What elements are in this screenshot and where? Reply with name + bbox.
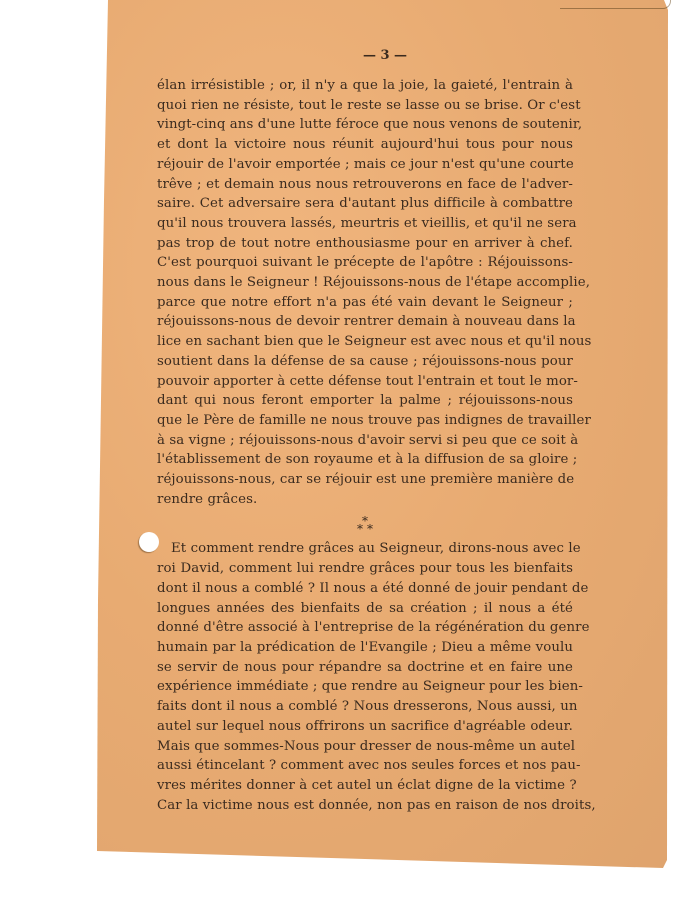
text-line: rendre grâces.	[157, 490, 573, 510]
text-line: l'établissement de son royaume et à la d…	[157, 450, 573, 470]
text-line: C'est pourquoi suivant le précepte de l'…	[157, 253, 573, 273]
text-line: aussi étincelant ? comment avec nos seul…	[157, 756, 573, 776]
paragraph-1: élan irrésistible ; or, il n'y a que la …	[157, 76, 573, 509]
text-line: soutient dans la défense de sa cause ; r…	[157, 352, 573, 372]
asterism-bottom: * *	[157, 525, 573, 533]
punch-hole	[139, 532, 159, 552]
scanned-page: — 3 — élan irrésistible ; or, il n'y a q…	[0, 0, 696, 903]
text-line: et dont la victoire nous réunit aujourd'…	[157, 135, 573, 155]
text-line: quoi rien ne résiste, tout le reste se l…	[157, 96, 573, 116]
text-line: donné d'être associé à l'entreprise de l…	[157, 618, 573, 638]
text-line: réjouissons-nous de devoir rentrer demai…	[157, 312, 573, 332]
text-line: qu'il nous trouvera lassés, meurtris et …	[157, 214, 573, 234]
text-line: vingt-cinq ans d'une lutte féroce que no…	[157, 115, 573, 135]
text-line: élan irrésistible ; or, il n'y a que la …	[157, 76, 573, 96]
section-separator: * * *	[157, 509, 573, 539]
text-line: lice en sachant bien que le Seigneur est…	[157, 332, 573, 352]
text-line: que le Père de famille ne nous trouve pa…	[157, 411, 573, 431]
text-line: dont il nous a comblé ? Il nous a été do…	[157, 579, 573, 599]
text-line: réjouissons-nous, car se réjouir est une…	[157, 470, 573, 490]
text-line: parce que notre effort n'a pas été vain …	[157, 293, 573, 313]
text-line: se servir de nous pour répandre sa doctr…	[157, 658, 573, 678]
text-line: longues années des bienfaits de sa créat…	[157, 599, 573, 619]
text-line: humain par la prédication de l'Evangile …	[157, 638, 573, 658]
text-line: pas trop de tout notre enthousiasme pour…	[157, 234, 573, 254]
text-line: Mais que sommes-Nous pour dresser de nou…	[157, 737, 573, 757]
text-line: roi David, comment lui rendre grâces pou…	[157, 559, 573, 579]
page-number: — 3 —	[300, 48, 470, 63]
text-line: autel sur lequel nous offrirons un sacri…	[157, 717, 573, 737]
text-line: nous dans le Seigneur ! Réjouissons-nous…	[157, 273, 573, 293]
text-line: vres mérites donner à cet autel un éclat…	[157, 776, 573, 796]
text-line: dant qui nous feront emporter la palme ;…	[157, 391, 573, 411]
text-line: Car la victime nous est donnée, non pas …	[157, 796, 573, 816]
text-line: à sa vigne ; réjouissons-nous d'avoir se…	[157, 431, 573, 451]
text-line: faits dont il nous a comblé ? Nous dress…	[157, 697, 573, 717]
text-line: réjouir de l'avoir emportée ; mais ce jo…	[157, 155, 573, 175]
text-line: trêve ; et demain nous nous retrouverons…	[157, 175, 573, 195]
folded-corner-edge	[560, 0, 671, 9]
text-line: saire. Cet adversaire sera d'autant plus…	[157, 194, 573, 214]
body-text: élan irrésistible ; or, il n'y a que la …	[157, 76, 573, 815]
paragraph-2: Et comment rendre grâces au Seigneur, di…	[157, 539, 573, 815]
text-line: Et comment rendre grâces au Seigneur, di…	[157, 539, 573, 559]
text-line: pouvoir apporter à cette défense tout l'…	[157, 372, 573, 392]
text-line: expérience immédiate ; que rendre au Sei…	[157, 677, 573, 697]
